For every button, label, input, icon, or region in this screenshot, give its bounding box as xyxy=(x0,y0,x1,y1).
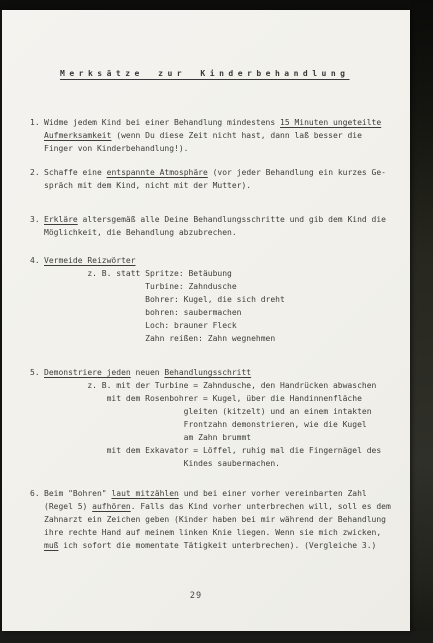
text-line: Schaffe eine entspannte Atmosphäre (vor … xyxy=(44,166,390,179)
item-content: Beim "Bohren" laut mitzählen und bei ein… xyxy=(44,487,391,552)
text-line: gleiten (kitzelt) und an einem intakten xyxy=(44,405,390,418)
text-segment: Turbine: Zahndusche xyxy=(145,282,237,291)
underlined-text-segment: Aufmerksamkeit xyxy=(44,131,111,140)
text-line: Aufmerksamkeit (wenn Du diese Zeit nicht… xyxy=(44,129,390,142)
item-number: 2. xyxy=(30,166,44,179)
text-segment: spräch mit dem Kind, nicht mit der Mutte… xyxy=(44,181,251,190)
text-line: Finger von Kinderbehandlung!). xyxy=(44,142,390,155)
text-line: Frontzahn demonstrieren, wie die Kugel xyxy=(44,418,390,431)
item-content: Widme jedem Kind bei einer Behandlung mi… xyxy=(44,116,390,155)
scan-border-top xyxy=(0,0,433,10)
list-item: 5.Demonstriere jeden neuen Behandlungssc… xyxy=(30,366,390,470)
text-segment: z. B. mit der Turbine = Zahndusche, den … xyxy=(87,381,376,390)
text-segment: Finger von Kinderbehandlung!). xyxy=(44,144,189,153)
text-line: am Zahn brummt xyxy=(44,431,390,444)
text-line: Erkläre altersgemäß alle Deine Behandlun… xyxy=(44,213,390,226)
list-item: 4.Vermeide Reizwörterz. B. statt Spritze… xyxy=(30,254,390,345)
underlined-text-segment: entspannte Atmosphäre xyxy=(107,168,208,177)
text-segment: . Falls das Kind vorher unterbrechen wil… xyxy=(131,502,391,511)
text-segment: Zahn reißen: Zahn wegnehmen xyxy=(145,334,275,343)
scan-border-right xyxy=(410,0,433,643)
underlined-text-segment: Erkläre xyxy=(44,215,78,224)
item-content: Demonstriere jeden neuen Behandlungsschr… xyxy=(44,366,390,470)
text-segment: mit dem Rosenbohrer = Kugel, über die Ha… xyxy=(107,394,362,403)
text-segment: und bei einer vorher vereinbarten Zahl xyxy=(179,489,367,498)
text-line: muß ich sofort die momentate Tätigkeit u… xyxy=(44,539,391,552)
list-item: 3.Erkläre altersgemäß alle Deine Behandl… xyxy=(30,213,390,239)
text-line: Kindes saubermachen. xyxy=(44,457,390,470)
text-segment: Möglichkeit, die Behandlung abzubrechen. xyxy=(44,228,237,237)
text-line: Möglichkeit, die Behandlung abzubrechen. xyxy=(44,226,390,239)
text-segment: Frontzahn demonstrieren, wie die Kugel xyxy=(184,420,367,429)
text-line: spräch mit dem Kind, nicht mit der Mutte… xyxy=(44,179,390,192)
list-item: 6.Beim "Bohren" laut mitzählen und bei e… xyxy=(30,487,390,552)
underlined-text-segment: Demonstriere jeden xyxy=(44,368,131,377)
text-segment: gleiten (kitzelt) und an einem intakten xyxy=(184,407,372,416)
item-content: Schaffe eine entspannte Atmosphäre (vor … xyxy=(44,166,390,192)
item-number: 4. xyxy=(30,254,44,267)
text-line: Beim "Bohren" laut mitzählen und bei ein… xyxy=(44,487,391,500)
list-item: 2.Schaffe eine entspannte Atmosphäre (vo… xyxy=(30,166,390,192)
underlined-text-segment: 15 Minuten ungeteilte xyxy=(280,118,381,127)
item-number: 3. xyxy=(30,213,44,226)
text-segment: Zahnarzt ein Zeichen geben (Kinder haben… xyxy=(44,515,386,524)
text-segment: Loch: brauner Fleck xyxy=(145,321,237,330)
text-segment: Bohrer: Kugel, die sich dreht xyxy=(145,295,285,304)
text-line: z. B. statt Spritze: Betäubung xyxy=(44,267,390,280)
scan-border-bottom xyxy=(0,631,433,643)
text-segment: mit dem Exkavator = Löffel, ruhig mal di… xyxy=(107,446,382,455)
text-segment: (wenn Du diese Zeit nicht hast, dann laß… xyxy=(111,131,361,140)
text-line: (Regel 5) aufhören. Falls das Kind vorhe… xyxy=(44,500,391,513)
page-number: 29 xyxy=(0,591,400,601)
text-segment: am Zahn brummt xyxy=(184,433,251,442)
text-segment: Beim "Bohren" xyxy=(44,489,111,498)
memo-list: 1.Widme jedem Kind bei einer Behandlung … xyxy=(30,116,390,552)
list-item: 1.Widme jedem Kind bei einer Behandlung … xyxy=(30,116,390,155)
text-line: Zahn reißen: Zahn wegnehmen xyxy=(44,332,390,345)
text-line: ihre rechte Hand auf meinem linken Knie … xyxy=(44,526,391,539)
underlined-text-segment: Vermeide Reizwörter xyxy=(44,256,136,265)
document-page: Merksätze zur Kinderbehandlung 1.Widme j… xyxy=(2,10,410,631)
text-segment: Widme jedem Kind bei einer Behandlung mi… xyxy=(44,118,280,127)
text-segment: altersgemäß alle Deine Behandlungsschrit… xyxy=(78,215,386,224)
text-segment: Schaffe eine xyxy=(44,168,107,177)
text-line: mit dem Exkavator = Löffel, ruhig mal di… xyxy=(44,444,390,457)
text-segment: bohren: saubermachen xyxy=(145,308,241,317)
item-content: Erkläre altersgemäß alle Deine Behandlun… xyxy=(44,213,390,239)
underlined-text-segment: Behandlungsschritt xyxy=(164,368,251,377)
item-number: 5. xyxy=(30,366,44,379)
text-line: Bohrer: Kugel, die sich dreht xyxy=(44,293,390,306)
underlined-text-segment: muß xyxy=(44,541,58,550)
underlined-text-segment: laut mitzählen xyxy=(111,489,178,498)
text-line: Loch: brauner Fleck xyxy=(44,319,390,332)
text-line: z. B. mit der Turbine = Zahndusche, den … xyxy=(44,379,390,392)
text-segment: ich sofort die momentate Tätigkeit unter… xyxy=(58,541,376,550)
item-number: 1. xyxy=(30,116,44,129)
text-segment: ihre rechte Hand auf meinem linken Knie … xyxy=(44,528,381,537)
item-number: 6. xyxy=(30,487,44,500)
text-line: bohren: saubermachen xyxy=(44,306,390,319)
text-segment: Kindes saubermachen. xyxy=(184,459,280,468)
text-line: Zahnarzt ein Zeichen geben (Kinder haben… xyxy=(44,513,391,526)
text-segment: z. B. statt Spritze: Betäubung xyxy=(87,269,232,278)
text-line: Widme jedem Kind bei einer Behandlung mi… xyxy=(44,116,390,129)
text-segment: neuen xyxy=(131,368,165,377)
text-line: Demonstriere jeden neuen Behandlungsschr… xyxy=(44,366,390,379)
page-title: Merksätze zur Kinderbehandlung xyxy=(60,69,410,78)
underlined-text-segment: aufhören xyxy=(92,502,131,511)
text-line: Vermeide Reizwörter xyxy=(44,254,390,267)
item-content: Vermeide Reizwörterz. B. statt Spritze: … xyxy=(44,254,390,345)
text-segment: (Regel 5) xyxy=(44,502,92,511)
text-line: Turbine: Zahndusche xyxy=(44,280,390,293)
text-line: mit dem Rosenbohrer = Kugel, über die Ha… xyxy=(44,392,390,405)
text-segment: (vor jeder Behandlung ein kurzes Ge- xyxy=(208,168,386,177)
